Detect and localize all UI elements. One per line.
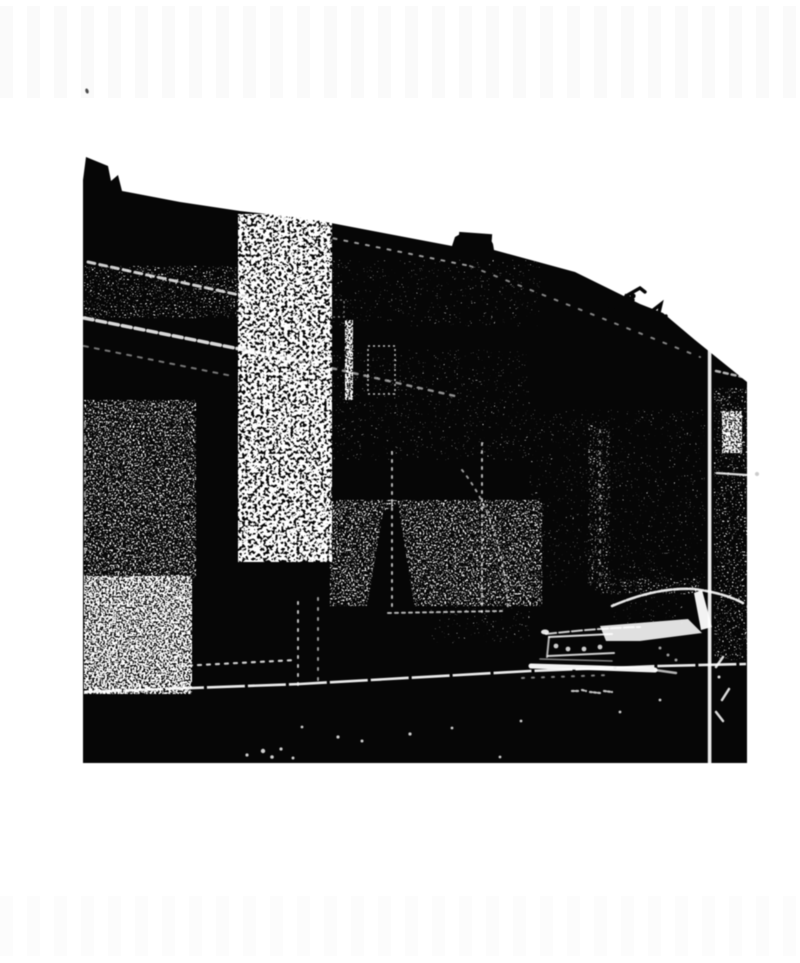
margin-speck: [755, 472, 759, 476]
right-facade-strip: [588, 425, 610, 590]
car-headlight: [541, 630, 549, 635]
right-facade-sparse: [530, 410, 705, 585]
right-wing-window: [722, 411, 742, 453]
above-car-specks: [600, 578, 700, 594]
photo-figure: [0, 0, 800, 963]
car-window-specks: [612, 595, 682, 623]
hedge-lower-texture: [84, 576, 192, 694]
window-bright-bar: [345, 320, 353, 400]
hedge-upper-texture: [84, 400, 196, 578]
sky-speck: [85, 88, 90, 94]
utility-pole-line: [708, 349, 712, 763]
building-photo: [0, 0, 800, 963]
left-of-car-specks: [430, 548, 530, 643]
upper-facade-sparse: [320, 260, 540, 326]
scanned-page: [0, 0, 800, 963]
